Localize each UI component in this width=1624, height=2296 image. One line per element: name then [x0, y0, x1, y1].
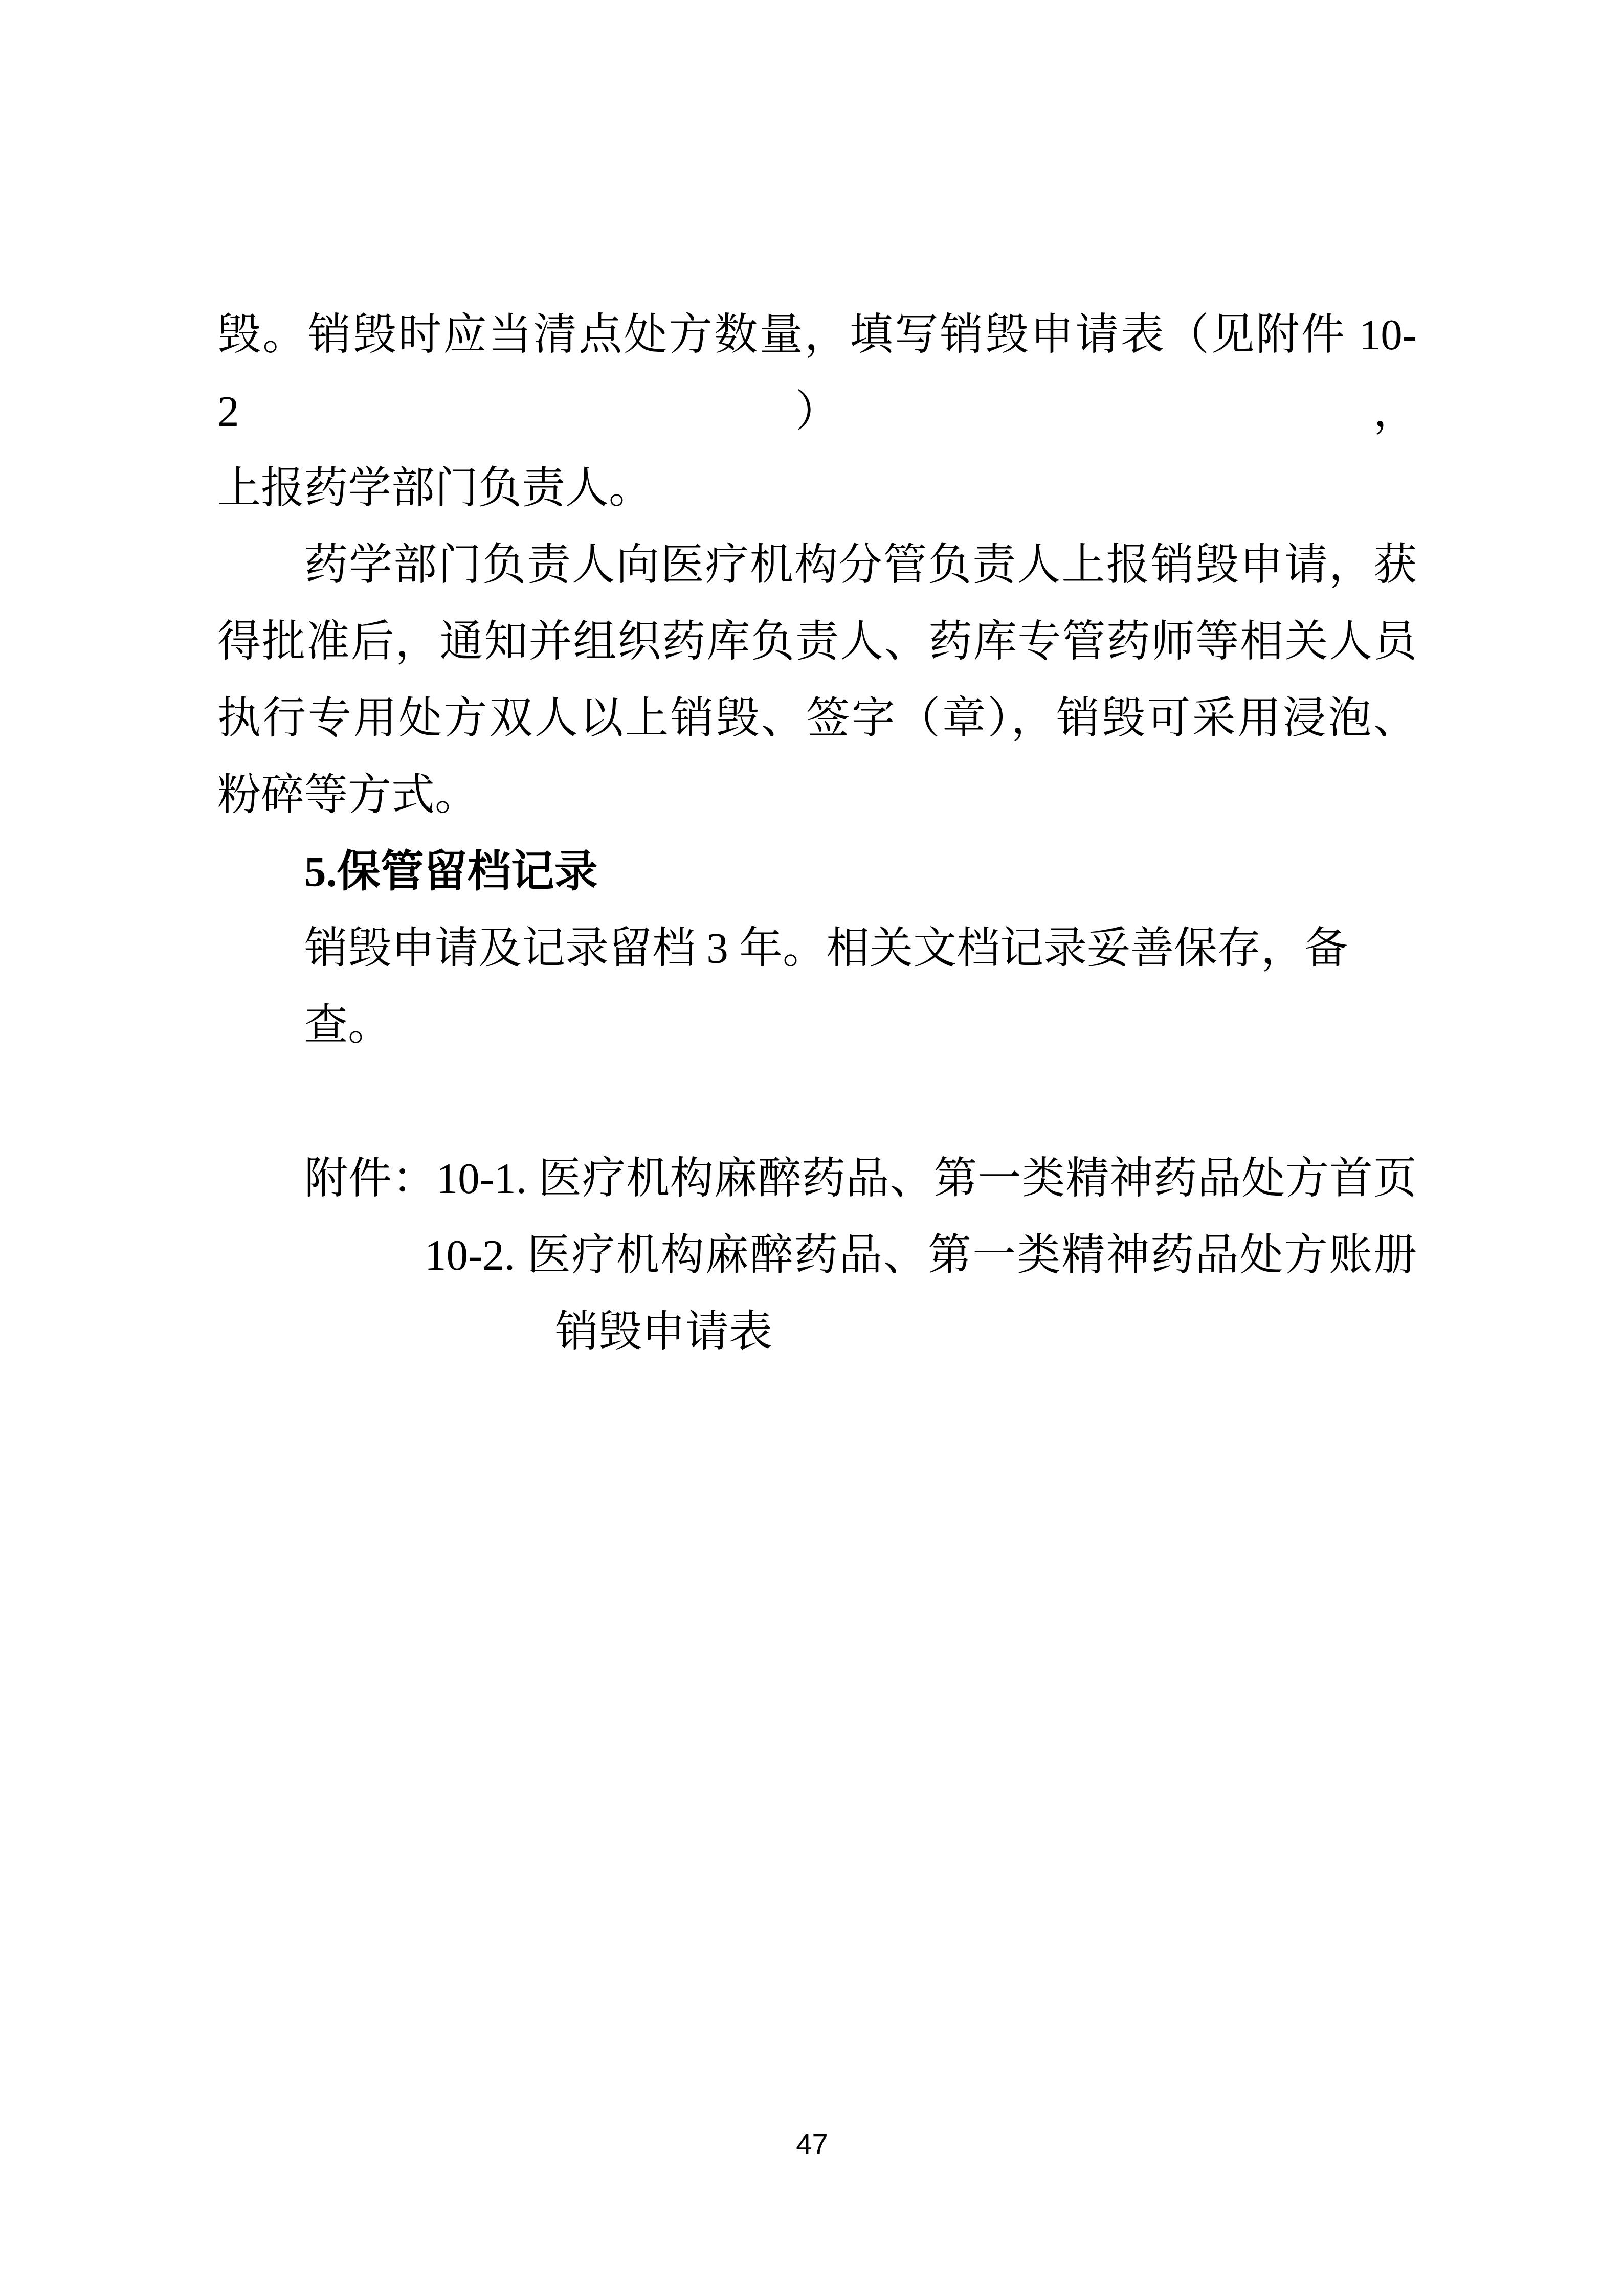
blank-line: [217, 1064, 1417, 1140]
text-block: 毁。销毁时应当清点处方数量，填写销毁申请表（见附件 10-2）， 上报药学部门负…: [217, 297, 1417, 1370]
body-line: 上报药学部门负责人。: [217, 450, 1417, 527]
body-line: 得批准后，通知并组织药库负责人、药库专管药师等相关人员: [217, 603, 1417, 680]
body-line: 药学部门负责人向医疗机构分管负责人上报销毁申请，获: [217, 527, 1417, 603]
document-page: 毁。销毁时应当清点处方数量，填写销毁申请表（见附件 10-2）， 上报药学部门负…: [0, 0, 1624, 2296]
body-line: 毁。销毁时应当清点处方数量，填写销毁申请表（见附件 10-2），: [217, 297, 1417, 450]
attachment-line: 10-2. 医疗机构麻醉药品、第一类精神药品处方账册: [217, 1217, 1417, 1294]
body-line: 销毁申请及记录留档 3 年。相关文档记录妥善保存，备查。: [217, 910, 1417, 1064]
attachment-line: 附件：10-1. 医疗机构麻醉药品、第一类精神药品处方首页: [217, 1140, 1417, 1217]
page-number: 47: [0, 2130, 1624, 2158]
body-line: 执行专用处方双人以上销毁、签字（章），销毁可采用浸泡、: [217, 680, 1417, 757]
section-heading: 5.保管留档记录: [217, 834, 1417, 910]
body-line: 粉碎等方式。: [217, 757, 1417, 834]
attachment-line: 销毁申请表: [217, 1294, 1417, 1370]
